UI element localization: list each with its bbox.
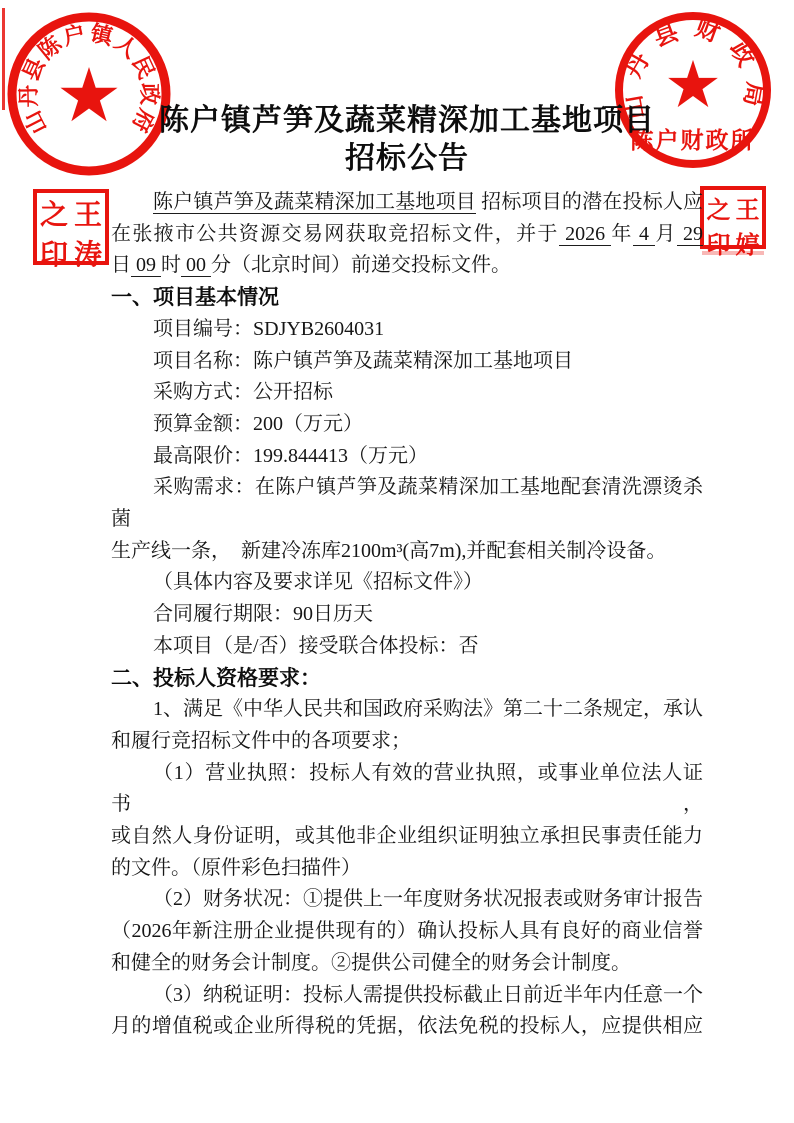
- project-name-line: 项目名称：陈户镇芦笋及蔬菜精深加工基地项目: [111, 346, 703, 378]
- requirement-line-2: 生产线一条， 新建冷冻库2100m³(高7m),并配套相关制冷设备。: [111, 536, 703, 568]
- intro-line-1: 陈户镇芦笋及蔬菜精深加工基地项目 招标项目的潜在投标人应: [111, 187, 703, 219]
- intro-text: （北京时间）前递交投标文件。: [231, 254, 511, 276]
- star-icon: [668, 60, 718, 107]
- seal-char: 印: [40, 233, 68, 273]
- finance-line-1: （2）财务状况：①提供上一年度财务状况报表或财务审计报告: [111, 884, 703, 916]
- hour-blank: 09: [131, 254, 161, 277]
- stamp-smudge: [702, 251, 764, 255]
- seal-char: 涛: [74, 233, 102, 273]
- qualification-line-2: 和履行竞招标文件中的各项要求；: [111, 726, 703, 758]
- seal-char: 之: [40, 193, 68, 233]
- personal-seal-wangting: 之 王 印 婷: [700, 186, 766, 249]
- license-line-3: 的文件。（原件彩色扫描件）: [111, 853, 703, 885]
- month-blank: 4: [633, 223, 656, 246]
- intro-text: 在张掖市公共资源交易网获取竞招标文件，并于: [111, 223, 559, 245]
- max-price-line: 最高限价：199.844413（万元）: [111, 441, 703, 473]
- document-content: 陈户镇芦笋及蔬菜精深加工基地项目 招标公告 陈户镇芦笋及蔬菜精深加工基地项目 招…: [111, 102, 703, 1043]
- requirement-line-1: 采购需求：在陈户镇芦笋及蔬菜精深加工基地配套清洗漂烫杀菌: [111, 472, 703, 535]
- personal-seal-wangtao: 之 王 印 涛: [33, 189, 109, 265]
- minute-blank: 00: [181, 254, 211, 277]
- finance-line-2: （2026年新注册企业提供现有的）确认投标人具有良好的商业信誉: [111, 916, 703, 948]
- day-unit: 日: [111, 254, 131, 276]
- section1-heading: 一、项目基本情况: [111, 282, 703, 314]
- intro-line-2: 在张掖市公共资源交易网获取竞招标文件，并于 2026 年 4 月 29: [111, 219, 703, 251]
- year-blank: 2026: [559, 223, 612, 246]
- project-number-line: 项目编号：SDJYB2604031: [111, 314, 703, 346]
- doc-title: 陈户镇芦笋及蔬菜精深加工基地项目 招标公告: [111, 102, 703, 178]
- license-line-2: 或自然人身份证明，或其他非企业组织证明独立承担民事责任能力: [111, 821, 703, 853]
- seal-char: 王: [736, 190, 760, 225]
- tax-line-1: （3）纳税证明：投标人需提供投标截止日前近半年内任意一个: [111, 980, 703, 1012]
- year-unit: 年: [611, 223, 632, 245]
- doc-title-line1: 陈户镇芦笋及蔬菜精深加工基地项目: [111, 102, 703, 140]
- seal-char: 之: [707, 190, 731, 225]
- project-name-underlined: 陈户镇芦笋及蔬菜精深加工基地项目: [153, 191, 476, 214]
- contract-period-line: 合同履行期限：90日历天: [111, 599, 703, 631]
- intro-text: 招标项目的潜在投标人应: [476, 191, 703, 213]
- finance-line-3: 和健全的财务会计制度。②提供公司健全的财务会计制度。: [111, 948, 703, 980]
- section2-heading: 二、投标人资格要求：: [111, 663, 703, 695]
- license-line-1: （1）营业执照：投标人有效的营业执照，或事业单位法人证书，: [111, 758, 703, 821]
- procurement-method-line: 采购方式：公开招标: [111, 377, 703, 409]
- qualification-line-1: 1、满足《中华人民共和国政府采购法》第二十二条规定，承认: [111, 694, 703, 726]
- star-icon: [60, 67, 117, 121]
- seal-char: 王: [74, 193, 102, 233]
- detail-note-line: （具体内容及要求详见《招标文件》）: [111, 567, 703, 599]
- month-unit: 月: [655, 223, 676, 245]
- document-page: 山丹县陈户镇人民政府 山丹县财政局 陈户财政所 之 王 印 涛 之 王 印 婷 …: [0, 0, 794, 1123]
- intro-line-3: 日 09 时 00 分（北京时间）前递交投标文件。: [111, 250, 703, 282]
- minute-unit: 分: [211, 254, 231, 276]
- tax-line-2: 月的增值税或企业所得税的凭据，依法免税的投标人，应提供相应: [111, 1011, 703, 1043]
- consortium-line: 本项目（是/否）接受联合体投标：否: [111, 631, 703, 663]
- doc-title-line2: 招标公告: [111, 140, 703, 178]
- budget-line: 预算金额：200（万元）: [111, 409, 703, 441]
- day-blank: 29: [677, 223, 703, 246]
- hour-unit: 时: [161, 254, 181, 276]
